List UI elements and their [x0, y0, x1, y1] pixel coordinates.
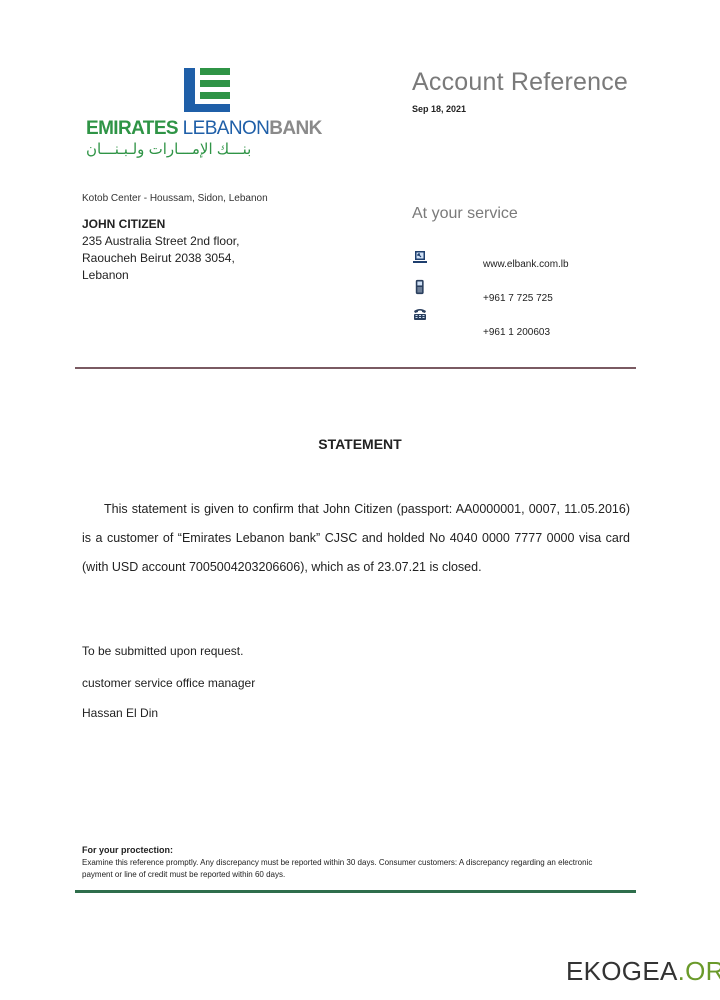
signatory-role: customer service office manager: [82, 676, 255, 690]
telephone-icon: [413, 307, 427, 321]
website-text: www.elbank.com.lb: [483, 259, 569, 270]
recipient-address-line: Raoucheh Beirut 2038 3054,: [82, 250, 239, 267]
header-divider: [75, 367, 636, 369]
branch-address: Kotob Center - Houssam, Sidon, Lebanon: [82, 193, 268, 204]
recipient-address-line: Lebanon: [82, 267, 239, 284]
signatory-name: Hassan El Din: [82, 706, 158, 720]
document-date: Sep 18, 2021: [412, 104, 466, 114]
mobile-phone-icon: [415, 278, 426, 296]
protection-title: For your proctection:: [82, 845, 173, 855]
closing-note: To be submitted upon request.: [82, 644, 243, 658]
recipient-name: JOHN CITIZEN: [82, 216, 239, 233]
bank-logo-arabic: بنـــك الإمـــارات ولـبـنـــان: [86, 140, 251, 158]
statement-title: STATEMENT: [0, 436, 720, 452]
recipient-block: JOHN CITIZEN 235 Australia Street 2nd fl…: [82, 216, 239, 284]
bank-logo-name: EMIRATES LEBANONBANK: [86, 118, 322, 140]
service-title: At your service: [412, 205, 518, 223]
footer-divider: [75, 890, 636, 893]
mobile-number-text: +961 7 725 725: [483, 293, 553, 304]
bank-logo-mark: [184, 68, 230, 112]
laptop-icon: [413, 250, 427, 264]
phone-number-text: +961 1 200603: [483, 327, 550, 338]
statement-body: This statement is given to confirm that …: [82, 495, 630, 582]
document-title: Account Reference: [412, 68, 628, 97]
recipient-address-line: 235 Australia Street 2nd floor,: [82, 233, 239, 250]
protection-text: Examine this reference promptly. Any dis…: [82, 857, 622, 881]
watermark: EKOGEA.ORG: [566, 956, 720, 987]
